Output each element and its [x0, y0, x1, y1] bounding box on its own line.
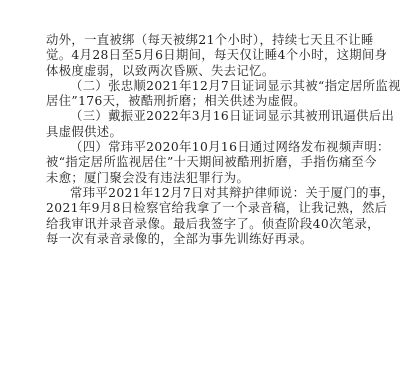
- text-line: 具虚假供述。: [46, 125, 377, 140]
- paragraph-3-start: （三）戴振亚2022年3月16日证词显示其被刑讯逼供后出: [46, 109, 377, 124]
- text-line: 给我审讯并录音录像。最后我签字了。侦查阶段40次笔录，: [46, 217, 377, 232]
- text-line: 觉。4月28日至5月6日期间，每天仅让睡4个小时，这期间身: [46, 48, 377, 63]
- paragraph-4-start: （四）常玮平2020年10月16日通过网络发布视频声明：: [46, 140, 377, 155]
- text-line: 体极度虚弱，以致两次昏厥、失去记忆。: [46, 64, 377, 79]
- text-line: 居住”176天，被酷刑折磨；相关供述为虚假。: [46, 94, 377, 109]
- text-line: 未愈；厦门聚会没有违法犯罪行为。: [46, 171, 377, 186]
- text-line: 每一次有录音录像的，全部为事先训练好再录。: [46, 232, 377, 247]
- document-page: 动外，一直被绑（每天被绑21个小时），持续七天且不让睡 觉。4月28日至5月6日…: [46, 33, 377, 247]
- text-line: 被“指定居所监视居住”十天期间被酷刑折磨，手指伤痛至今: [46, 155, 377, 170]
- text-line: 2021年9月8日检察官给我拿了一个录音稿，让我记熟，然后: [46, 201, 377, 216]
- paragraph-2-start: （二）张忠顺2021年12月7日证词显示其被“指定居所监视: [46, 79, 377, 94]
- text-line: 动外，一直被绑（每天被绑21个小时），持续七天且不让睡: [46, 33, 377, 48]
- paragraph-5-start: 常玮平2021年12月7日对其辩护律师说：关于厦门的事，: [46, 186, 377, 201]
